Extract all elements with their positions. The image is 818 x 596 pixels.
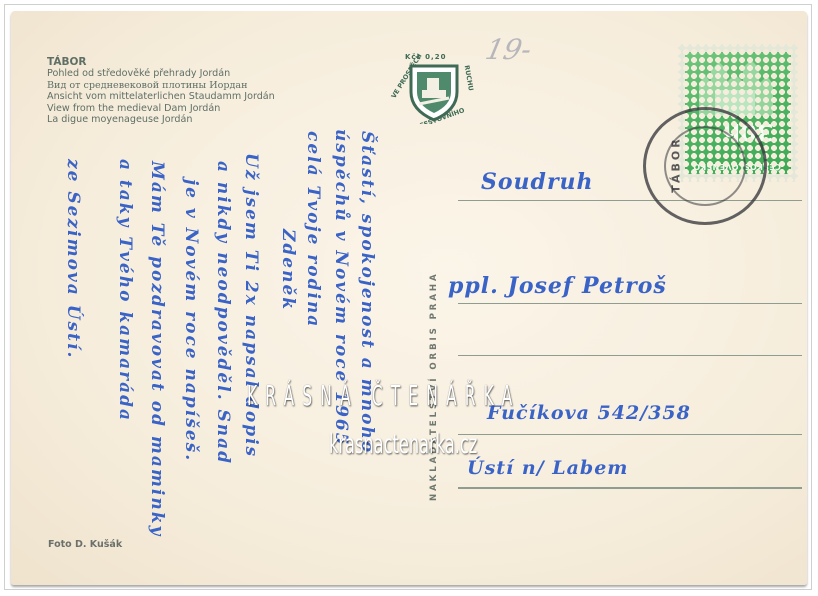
message-column-6: a nikdy neodpověděl. Snad (213, 161, 233, 465)
address-line-2 (458, 303, 802, 304)
pencil-note: 19- (482, 33, 534, 66)
address-line-4 (458, 434, 802, 435)
watermark-title: KRÁSNÁ ČTENÁŘKA (247, 379, 520, 412)
message-column-5: Už jsem Ti 2x napsal dopis (241, 153, 261, 458)
address-name: ppl. Josef Petroš (448, 273, 667, 299)
caption-russian: Вид от средневековой плотины Иордан (47, 80, 275, 91)
postcard-caption: TÁBOR Pohled od středověké přehrady Jord… (47, 57, 275, 125)
postcard: TÁBOR Pohled od středověké přehrady Jord… (11, 11, 807, 585)
caption-german: Ansicht vom mittelaterlichen Staudamm Jo… (47, 91, 275, 102)
address-city: Ústí n/ Labem (467, 457, 628, 479)
caption-city: TÁBOR (47, 57, 275, 68)
message-column-9: a taky Tvého kamaráda (115, 159, 135, 422)
postmark: TÁBOR (643, 107, 767, 225)
message-column-10: ze Sezimova Ústí. (63, 159, 83, 359)
address-salutation: Soudruh (481, 169, 594, 195)
postmark-text: TÁBOR (670, 136, 683, 192)
photo-credit: Foto D. Kušák (48, 539, 122, 550)
caption-english: View from the medieval Dam Jordán (47, 103, 275, 114)
caption-czech: Pohled od středověké přehrady Jordán (47, 68, 275, 79)
message-column-3: celá Tvoje rodina (303, 131, 323, 328)
caption-french: La digue moyenageuse Jordán (47, 114, 275, 125)
watermark-url: krasnactenarka.cz (329, 429, 477, 460)
badge-price: Kčs 0,20 (405, 53, 446, 61)
svg-text:RUCHU: RUCHU (463, 65, 475, 92)
address-line-5 (458, 487, 802, 489)
stamp-subject: PERNŠTEJN (789, 67, 791, 122)
message-column-8: Mám Tě pozdravovat od maminky (147, 161, 167, 537)
message-column-4: Zdeněk (278, 229, 298, 311)
message-column-7: je v Novém roce napíšeš. (181, 179, 201, 462)
castle-shield-icon: VE PROSPĚCH CESTOVNÍHO RUCHU (389, 52, 479, 124)
address-line-3 (458, 355, 802, 356)
